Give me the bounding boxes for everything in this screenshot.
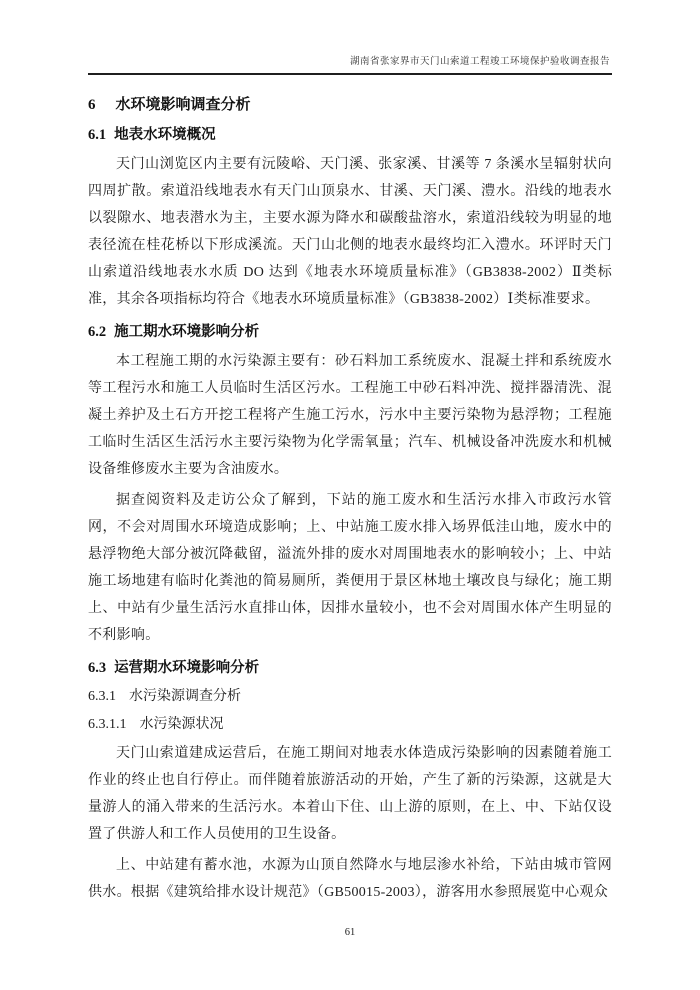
paragraph-operation-pollution-sources: 天门山索道建成运营后，在施工期间对地表水体造成污染影响的因素随着施工作业的终止也… xyxy=(88,740,612,848)
section-number: 6.1 xyxy=(88,125,106,146)
section-number: 6.3.1.1 xyxy=(88,715,127,735)
paragraph-surface-water-overview: 天门山浏览区内主要有沅陵峪、天门溪、张家溪、甘溪等 7 条溪水呈辐射状向四周扩散… xyxy=(88,151,612,313)
section-heading-6-3-1: 6.3.1 水污染源调查分析 xyxy=(88,687,612,707)
header-divider xyxy=(88,73,612,75)
page-header: 湖南省张家界市天门山索道工程竣工环境保护验收调查报告 xyxy=(0,0,700,69)
paragraph-water-supply: 上、中站建有蓄水池，水源为山顶自然降水与地层渗水补给，下站由城市管网供水。根据《… xyxy=(88,852,612,906)
section-title: 水污染源状况 xyxy=(140,715,224,735)
section-heading-6-3: 6.3 运营期水环境影响分析 xyxy=(88,658,612,679)
paragraph-construction-wastewater-impact: 据查阅资料及走访公众了解到，下站的施工废水和生活污水排入市政污水管网，不会对周围… xyxy=(88,487,612,649)
section-title: 水污染源调查分析 xyxy=(129,687,241,707)
section-heading-6-1: 6.1 地表水环境概况 xyxy=(88,125,612,146)
document-page: 湖南省张家界市天门山索道工程竣工环境保护验收调查报告 6 水环境影响调查分析 6… xyxy=(0,0,700,990)
section-number: 6.2 xyxy=(88,322,106,343)
section-number: 6.3 xyxy=(88,658,106,679)
section-number: 6 xyxy=(88,94,96,116)
header-title: 湖南省张家界市天门山索道工程竣工环境保护验收调查报告 xyxy=(350,57,610,67)
section-number: 6.3.1 xyxy=(88,687,116,707)
section-title: 施工期水环境影响分析 xyxy=(114,322,259,343)
section-title: 运营期水环境影响分析 xyxy=(114,658,259,679)
section-heading-6: 6 水环境影响调查分析 xyxy=(88,94,612,116)
document-body: 6 水环境影响调查分析 6.1 地表水环境概况 天门山浏览区内主要有沅陵峪、天门… xyxy=(0,94,700,906)
paragraph-construction-pollution-sources: 本工程施工期的水污染源主要有：砂石料加工系统废水、混凝土拌和系统废水等工程污水和… xyxy=(88,348,612,483)
section-title: 水环境影响调查分析 xyxy=(116,94,251,116)
page-number: 61 xyxy=(345,927,356,938)
section-title: 地表水环境概况 xyxy=(114,125,216,146)
section-heading-6-2: 6.2 施工期水环境影响分析 xyxy=(88,322,612,343)
section-heading-6-3-1-1: 6.3.1.1 水污染源状况 xyxy=(88,715,612,735)
page-footer: 61 xyxy=(0,927,700,938)
